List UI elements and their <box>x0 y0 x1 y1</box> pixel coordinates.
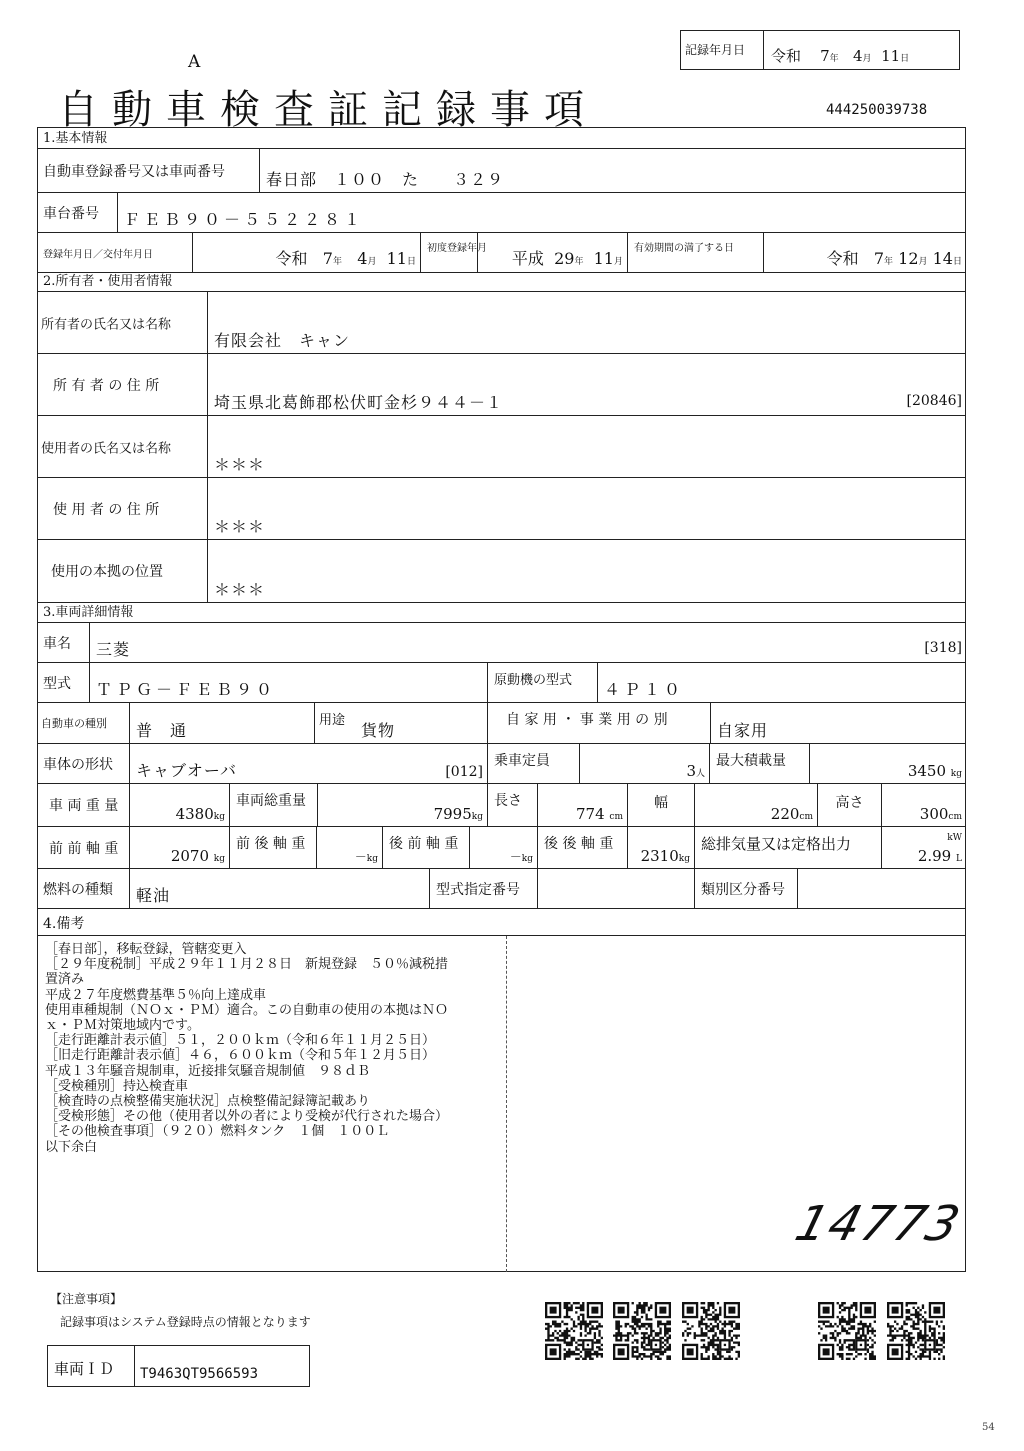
owner-name-label: 所有者の氏名又は名称 <box>41 313 171 332</box>
owner-address-code: [20846] <box>907 393 962 409</box>
registration-date: 令和 7年 4月 11日 <box>276 246 417 269</box>
base-location: ＊＊＊ <box>214 577 265 600</box>
fuel-label: 燃料の種類 <box>43 879 113 899</box>
vehicle-name: 三菱 <box>96 637 130 660</box>
height: 300cm <box>920 805 962 823</box>
remarks-box: ［春日部］，移転登録，管轄変更入 ［２９年度税制］平成２９年１１月２８日 新規登… <box>37 936 966 1272</box>
type-designation-label: 型式指定番号 <box>436 879 520 899</box>
fuel: 軽油 <box>136 883 170 906</box>
capacity-label: 乗車定員 <box>494 750 550 770</box>
record-date-value: 令和 7年 4月 11日 <box>771 45 909 66</box>
registration-number-label: 自動車登録番号又は車両番号 <box>43 161 225 181</box>
vehicle-name-label: 車名 <box>43 633 71 653</box>
expiry-date: 令和 7年 12月 14日 <box>827 246 962 269</box>
section4-title: 4.備考 <box>43 913 84 933</box>
user-name: ＊＊＊ <box>214 452 265 475</box>
capacity: 3人 <box>686 762 705 780</box>
weight-label: 車 両 重 量 <box>49 795 118 815</box>
private-business: 自家用 <box>717 718 768 741</box>
body-shape-code: [012] <box>445 764 483 780</box>
chassis-number-label: 車台番号 <box>43 203 99 223</box>
registration-date-label: 登録年月日／交付年月日 <box>43 245 153 260</box>
rear-rear-axle: 2310kg <box>641 847 690 865</box>
body-shape-label: 車体の形状 <box>43 754 113 774</box>
front-front-axle-label: 前 前 軸 重 <box>49 838 118 858</box>
gross-weight-label: 車両総重量 <box>236 790 306 810</box>
max-load-label: 最大積載量 <box>716 750 786 770</box>
vehicle-type-label: 自動車の種別 <box>41 715 107 731</box>
engine-model-label: 原動機の型式 <box>494 669 572 688</box>
width: 220cm <box>771 805 813 823</box>
displacement: 2.99 L <box>918 847 962 865</box>
vehicle-id-box: 車両ＩＤ T9463QT9566593 <box>47 1345 310 1387</box>
front-front-axle: 2070 kg <box>171 847 225 865</box>
vehicle-id-label: 車両ＩＤ <box>54 1358 114 1379</box>
weight: 4380kg <box>176 805 225 823</box>
section2-title: 2.所有者・使用者情報 <box>43 270 172 289</box>
gross-weight: 7995kg <box>434 805 483 823</box>
vehicle-id: T9463QT9566593 <box>140 1366 258 1382</box>
usage: 貨物 <box>361 718 395 741</box>
private-business-label: 自 家 用 ・ 事 業 用 の 別 <box>506 709 668 729</box>
displacement-label: 総排気量又は定格出力 <box>701 833 851 854</box>
user-address-label: 使 用 者 の 住 所 <box>53 499 159 519</box>
vehicle-name-code: [318] <box>924 640 962 656</box>
length: 774 cm <box>576 805 623 823</box>
length-label: 長さ <box>494 790 522 810</box>
rear-front-axle: －kg <box>510 848 533 865</box>
form-letter: A <box>188 52 200 72</box>
height-label: 高さ <box>818 792 881 812</box>
handwritten-note: 14773 <box>789 1196 967 1252</box>
rear-front-axle-label: 後 前 軸 重 <box>389 833 458 853</box>
document-number: 444250039738 <box>826 102 927 118</box>
notes-text: 記録事項はシステム登録時点の情報となります <box>60 1313 311 1330</box>
front-rear-axle-label: 前 後 軸 重 <box>236 833 305 853</box>
qr-code-5 <box>887 1302 945 1360</box>
section1-title: 1.基本情報 <box>43 127 107 146</box>
qr-code-4 <box>818 1302 876 1360</box>
rear-rear-axle-label: 後 後 軸 重 <box>544 833 613 853</box>
chassis-number: ＦＥＢ９０－５５２２８１ <box>124 207 364 230</box>
qr-code-1 <box>545 1302 603 1360</box>
owner-address: 埼玉県北葛飾郡松伏町金杉９４４－１ <box>214 390 503 413</box>
front-rear-axle: －kg <box>355 848 378 865</box>
model-label: 型式 <box>43 673 71 693</box>
record-date-box: 記録年月日 令和 7年 4月 11日 <box>680 30 960 70</box>
registration-number: 春日部 １００ た ３２９ <box>266 167 504 190</box>
first-registration-date: 平成 29年 11月 <box>512 246 623 269</box>
width-label: 幅 <box>628 792 694 812</box>
corner-mark: 54 <box>982 1422 995 1433</box>
qr-code-2 <box>613 1302 671 1360</box>
kw-unit: kW <box>947 833 962 843</box>
max-load: 3450 kg <box>908 762 962 780</box>
section3-title: 3.車両詳細情報 <box>43 601 133 620</box>
body-shape: キャブオーバ <box>136 758 237 781</box>
expiry-label: 有効期間の満了する日 <box>634 239 734 254</box>
base-location-label: 使用の本拠の位置 <box>51 561 163 581</box>
owner-name: 有限会社 キャン <box>214 328 350 351</box>
category-number-label: 類別区分番号 <box>701 879 785 899</box>
qr-code-3 <box>682 1302 740 1360</box>
record-date-label: 記録年月日 <box>685 41 745 58</box>
notes-title: 【注意事項】 <box>50 1290 122 1307</box>
vehicle-type: 普 通 <box>136 718 187 741</box>
remarks-text: ［春日部］，移転登録，管轄変更入 ［２９年度税制］平成２９年１１月２８日 新規登… <box>45 942 448 1155</box>
user-address: ＊＊＊ <box>214 514 265 537</box>
user-name-label: 使用者の氏名又は名称 <box>41 437 171 456</box>
owner-address-label: 所 有 者 の 住 所 <box>53 375 159 395</box>
model: ＴＰＧ－ＦＥＢ９０ <box>96 677 276 700</box>
engine-model: ４Ｐ１０ <box>604 677 684 700</box>
